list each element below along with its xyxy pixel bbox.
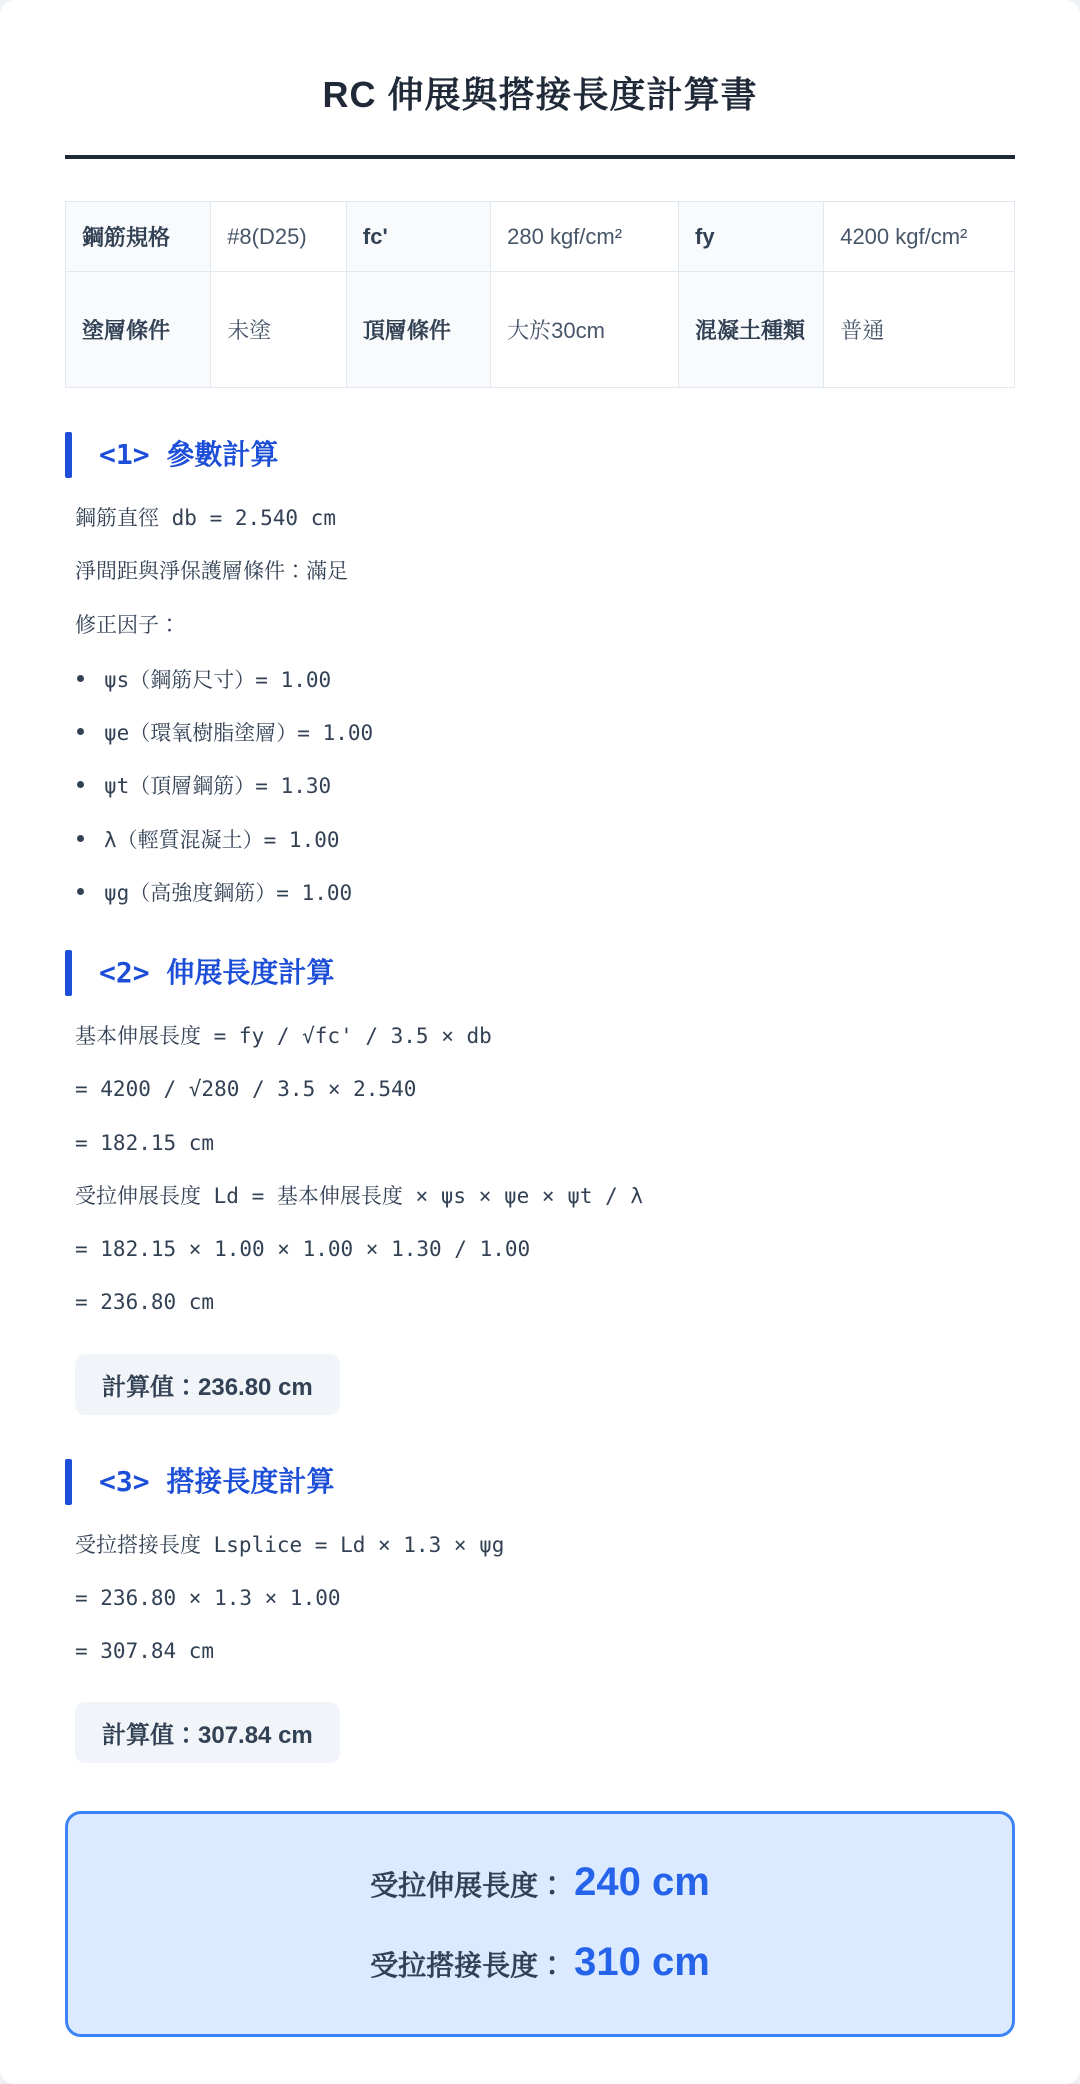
section-splice-length: <3> 搭接長度計算 受拉搭接長度 Lsplice = Ld × 1.3 × ψ… — [65, 1459, 1015, 1764]
spec-label-fc: fc' — [346, 202, 490, 272]
factor-text: ψs（鋼筋尺寸）= 1.00 — [104, 667, 331, 693]
calc-line: = 307.84 cm — [65, 1638, 1015, 1664]
result-label: 受拉搭接長度： — [370, 1950, 566, 1981]
modification-factor-list: ψs（鋼筋尺寸）= 1.00 ψe（環氧樹脂塗層）= 1.00 ψt（頂層鋼筋）… — [65, 667, 1015, 906]
calc-line: 修正因子： — [65, 612, 1015, 638]
section-title: <2> 伸展長度計算 — [99, 956, 334, 990]
bullet-dot-icon — [77, 781, 84, 788]
spec-value-rebar-size: #8(D25) — [211, 202, 347, 272]
calc-line: 淨間距與淨保護層條件：滿足 — [65, 558, 1015, 584]
page-background: { "header": { "title": "RC 伸展與搭接長度計算書" }… — [0, 0, 1080, 2084]
calc-line: 基本伸展長度 = fy / √fc' / 3.5 × db — [65, 1023, 1015, 1049]
list-item: ψs（鋼筋尺寸）= 1.00 — [65, 667, 1015, 693]
list-item: λ（輕質混凝土）= 1.00 — [65, 827, 1015, 853]
section-accent-bar — [65, 1459, 72, 1505]
spec-value-fc: 280 kgf/cm² — [491, 202, 679, 272]
calculated-value-badge: 計算值：236.80 cm — [75, 1354, 340, 1415]
result-summary-box: 受拉伸展長度：240 cm 受拉搭接長度：310 cm — [65, 1811, 1015, 2037]
factor-text: ψe（環氧樹脂塗層）= 1.00 — [104, 720, 373, 746]
section-title: <3> 搭接長度計算 — [99, 1465, 334, 1499]
title-divider — [65, 155, 1015, 159]
bullet-dot-icon — [77, 835, 84, 842]
section-heading: <3> 搭接長度計算 — [65, 1459, 1015, 1505]
result-row-development: 受拉伸展長度：240 cm — [88, 1862, 992, 1902]
result-label: 受拉伸展長度： — [370, 1870, 566, 1901]
calculated-value-badge: 計算值：307.84 cm — [75, 1702, 340, 1763]
section-heading: <2> 伸展長度計算 — [65, 950, 1015, 996]
factor-text: ψt（頂層鋼筋）= 1.30 — [104, 773, 331, 799]
section-accent-bar — [65, 950, 72, 996]
calc-line: = 182.15 cm — [65, 1130, 1015, 1156]
spec-table-row: 鋼筋規格 #8(D25) fc' 280 kgf/cm² fy 4200 kgf… — [66, 202, 1015, 272]
page-title: RC 伸展與搭接長度計算書 — [65, 72, 1015, 117]
bullet-dot-icon — [77, 675, 84, 682]
bullet-dot-icon — [77, 888, 84, 895]
spec-value-fy: 4200 kgf/cm² — [824, 202, 1015, 272]
spec-label-rebar-size: 鋼筋規格 — [66, 202, 211, 272]
factor-text: λ（輕質混凝土）= 1.00 — [104, 827, 340, 853]
calc-line: = 236.80 × 1.3 × 1.00 — [65, 1585, 1015, 1611]
section-title: <1> 參數計算 — [99, 438, 278, 472]
section-parameters: <1> 參數計算 鋼筋直徑 db = 2.540 cm 淨間距與淨保護層條件：滿… — [65, 432, 1015, 906]
calc-line: 鋼筋直徑 db = 2.540 cm — [65, 505, 1015, 531]
spec-table: 鋼筋規格 #8(D25) fc' 280 kgf/cm² fy 4200 kgf… — [65, 201, 1015, 388]
list-item: ψt（頂層鋼筋）= 1.30 — [65, 773, 1015, 799]
calc-line: 受拉搭接長度 Lsplice = Ld × 1.3 × ψg — [65, 1532, 1015, 1558]
bullet-dot-icon — [77, 728, 84, 735]
spec-value-coating: 未塗 — [211, 272, 347, 388]
list-item: ψe（環氧樹脂塗層）= 1.00 — [65, 720, 1015, 746]
spec-value-concrete-type: 普通 — [824, 272, 1015, 388]
spec-label-top-bar: 頂層條件 — [346, 272, 490, 388]
list-item: ψg（高強度鋼筋）= 1.00 — [65, 880, 1015, 906]
spec-label-fy: fy — [679, 202, 824, 272]
result-value: 240 cm — [574, 1860, 710, 1904]
calc-sheet: RC 伸展與搭接長度計算書 鋼筋規格 #8(D25) fc' 280 kgf/c… — [0, 0, 1080, 2084]
calc-line: = 182.15 × 1.00 × 1.00 × 1.30 / 1.00 — [65, 1236, 1015, 1262]
result-row-splice: 受拉搭接長度：310 cm — [88, 1942, 992, 1982]
spec-label-concrete-type: 混凝土種類 — [679, 272, 824, 388]
calc-line: = 236.80 cm — [65, 1289, 1015, 1315]
spec-table-row: 塗層條件 未塗 頂層條件 大於30cm 混凝土種類 普通 — [66, 272, 1015, 388]
section-heading: <1> 參數計算 — [65, 432, 1015, 478]
calc-line: 受拉伸展長度 Ld = 基本伸展長度 × ψs × ψe × ψt / λ — [65, 1183, 1015, 1209]
calc-line: = 4200 / √280 / 3.5 × 2.540 — [65, 1076, 1015, 1102]
section-accent-bar — [65, 432, 72, 478]
result-value: 310 cm — [574, 1940, 710, 1984]
spec-value-top-bar: 大於30cm — [491, 272, 679, 388]
spec-label-coating: 塗層條件 — [66, 272, 211, 388]
section-development-length: <2> 伸展長度計算 基本伸展長度 = fy / √fc' / 3.5 × db… — [65, 950, 1015, 1415]
factor-text: ψg（高強度鋼筋）= 1.00 — [104, 880, 352, 906]
